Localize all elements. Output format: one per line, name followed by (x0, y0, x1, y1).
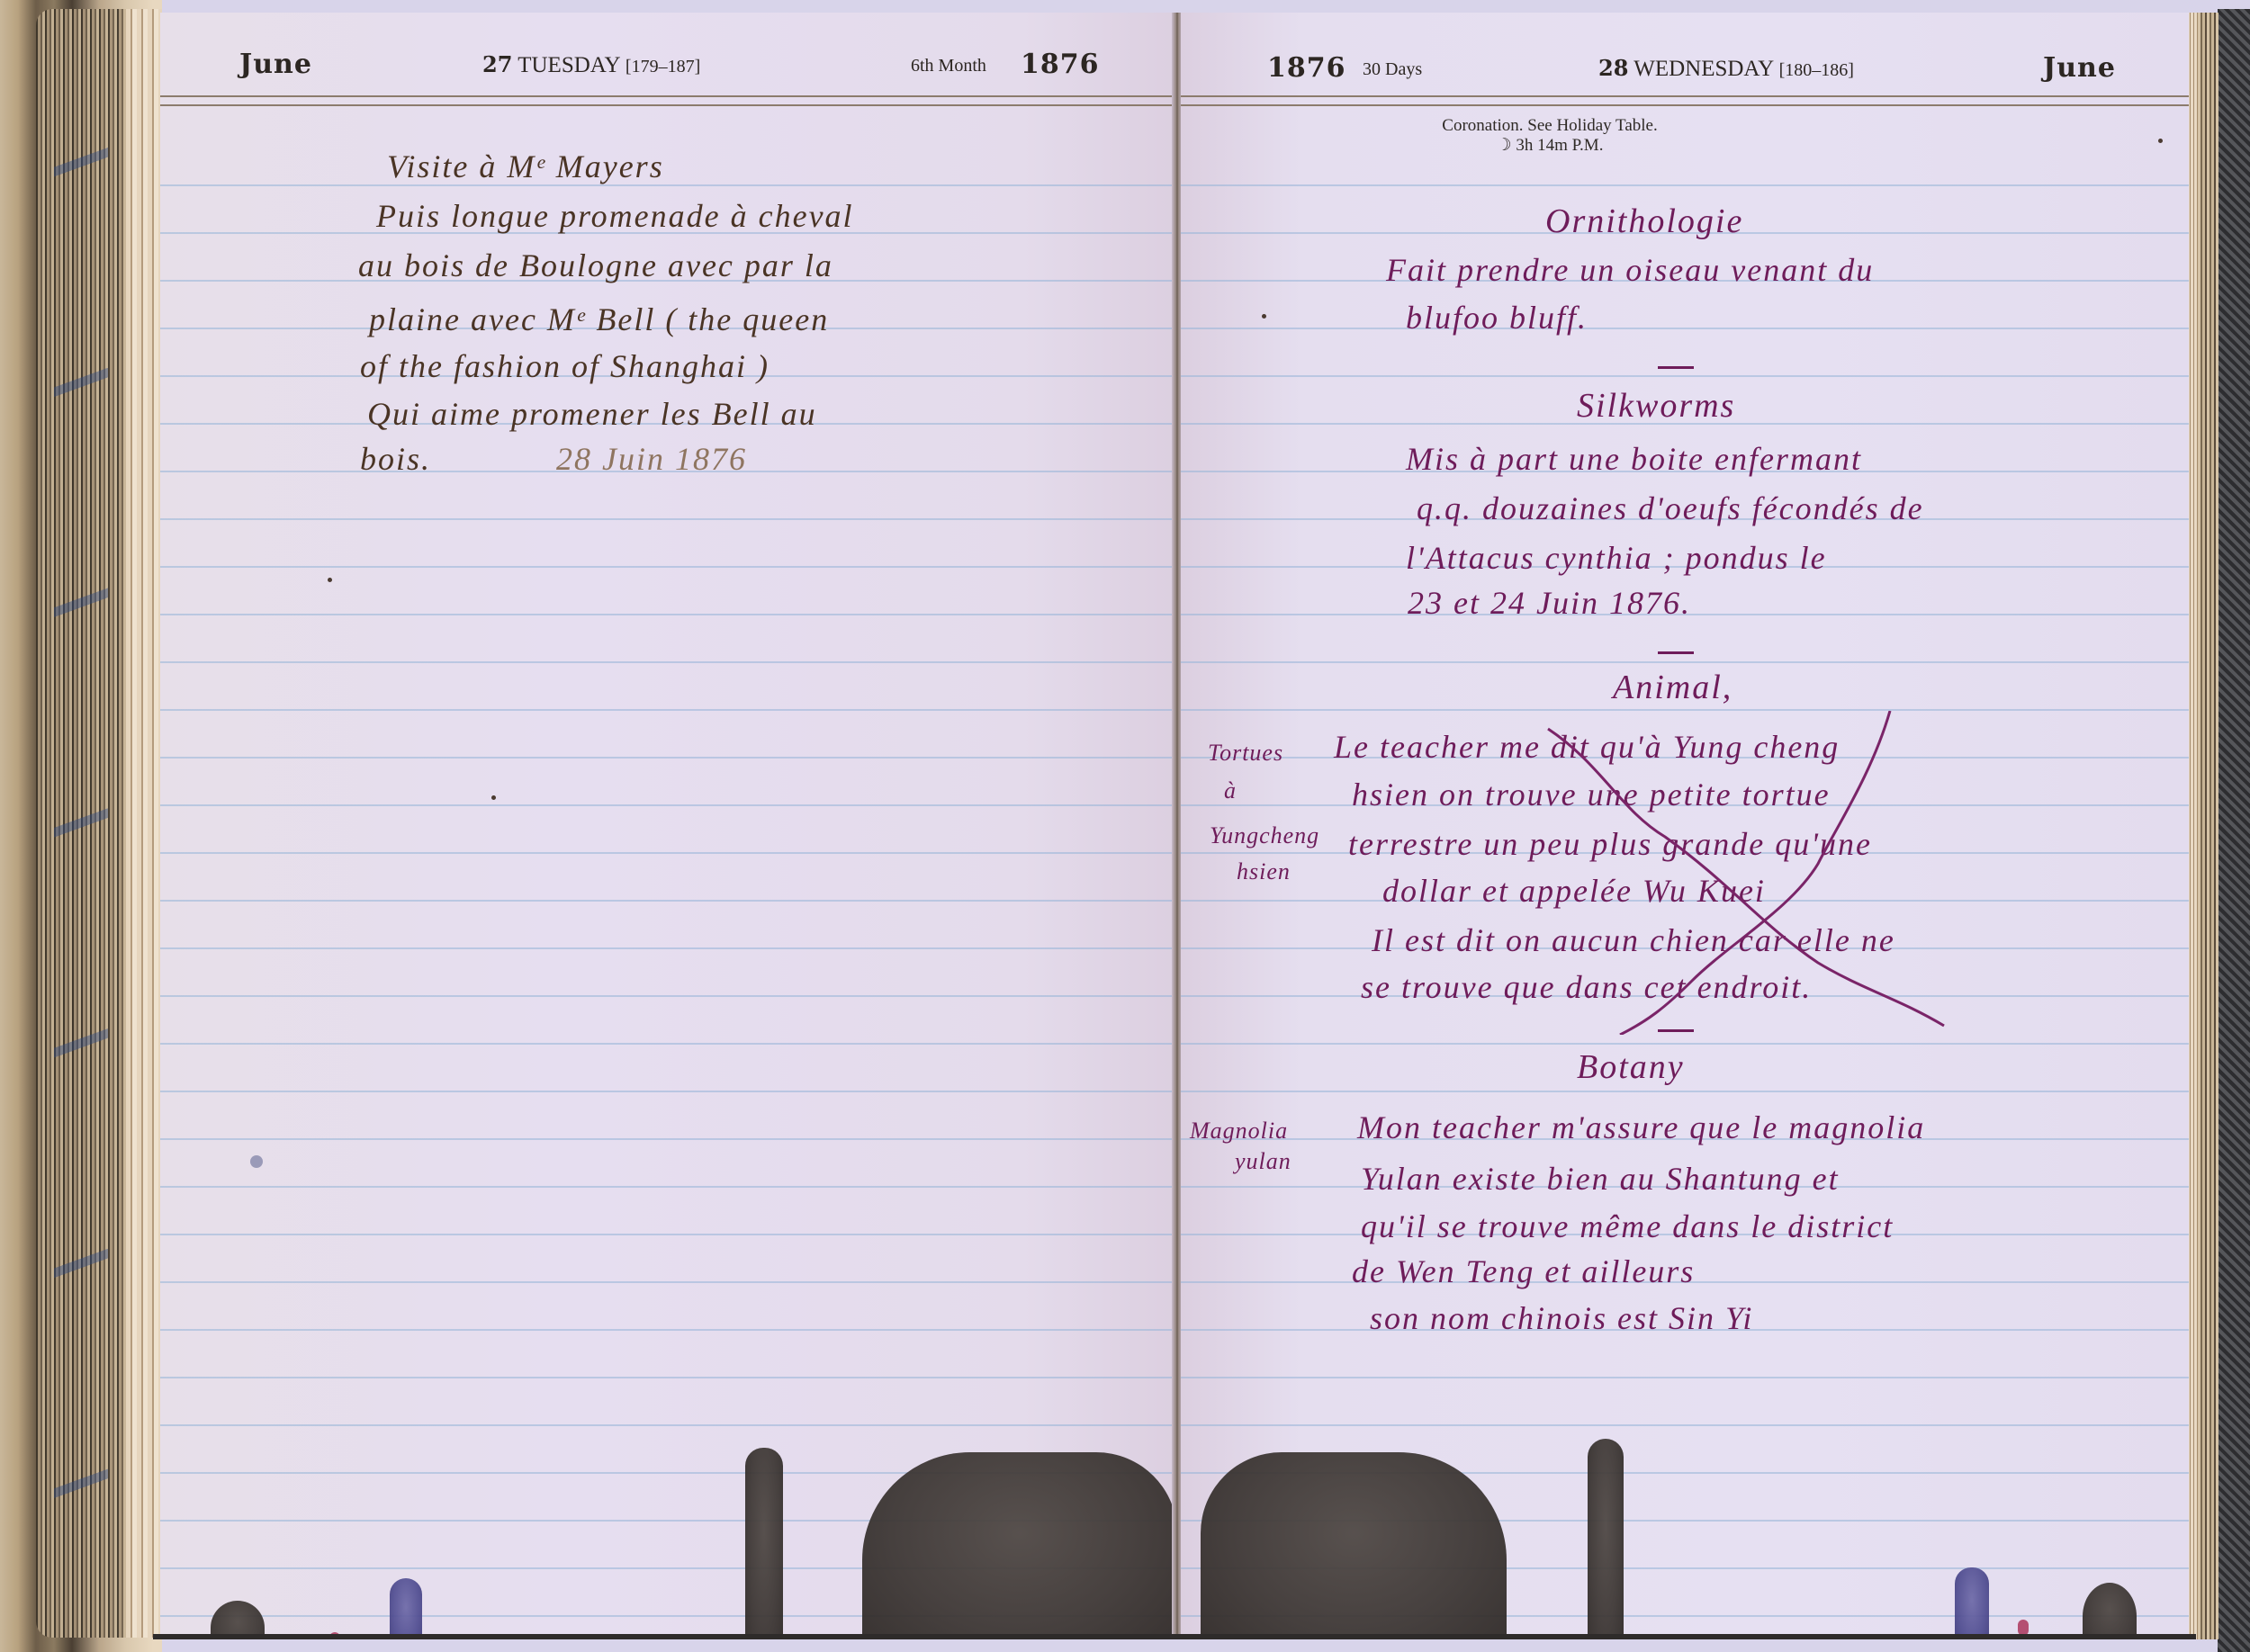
paper-stain (250, 1155, 263, 1168)
paper-speck (328, 578, 332, 582)
right-page: 1876 30 Days 28 WEDNESDAY [180–186] June… (1181, 13, 2189, 1638)
margin-note: Magnolia (1190, 1118, 1288, 1145)
header-month: June (2043, 52, 2116, 84)
entry-line: Mis à part une boite enfermant (1406, 440, 1862, 478)
entry-line: q.q. douzaines d'oeufs fécondés de (1417, 489, 1924, 527)
entry-line: de Wen Teng et ailleurs (1352, 1252, 1695, 1290)
header-month: June (239, 49, 312, 80)
ink-blot-blue (1955, 1567, 1989, 1638)
day-number: 27 (482, 51, 512, 77)
ink-blot (862, 1452, 1175, 1638)
month-label: 6th Month (911, 56, 986, 76)
right-cover-edge (2218, 9, 2250, 1652)
entry-line: Mon teacher m'assure que le magnolia (1357, 1109, 1925, 1146)
entry-line: 23 et 24 Juin 1876. (1408, 584, 1691, 622)
almanac-line: Coronation. See Holiday Table. (1181, 116, 2189, 136)
entry-line: Yulan existe bien au Shantung et (1361, 1160, 1840, 1198)
header-double-rule (160, 95, 1175, 106)
date-note: 28 Juin 1876 (556, 440, 747, 478)
section-heading: Ornithologie (1545, 202, 1743, 241)
days-in-month: 30 Days (1363, 59, 1422, 80)
entry-line: Fait prendre un oiseau venant du (1386, 251, 1874, 289)
header-double-rule (1181, 95, 2189, 106)
ink-blot (1201, 1452, 1507, 1638)
marbled-edge (54, 81, 108, 1521)
entry-line: bois. (360, 440, 431, 478)
entry-line: l'Attacus cynthia ; pondus le (1406, 539, 1827, 577)
day-name: TUESDAY (517, 53, 619, 77)
margin-note: hsien (1237, 858, 1291, 885)
entry-line: Puis longue promenade à cheval (376, 197, 854, 235)
entry-line: au bois de Boulogne avec par la (358, 247, 833, 284)
ink-blot (1588, 1439, 1624, 1638)
section-divider (1658, 651, 1694, 654)
left-page: June 27 TUESDAY [179–187] 6th Month 1876… (160, 13, 1175, 1638)
entry-line: Visite à Mᵉ Mayers (387, 148, 664, 185)
entry-line: hsien on trouve une petite tortue (1352, 776, 1831, 813)
day-count: [180–186] (1779, 60, 1854, 80)
day-count: [179–187] (625, 57, 700, 76)
section-divider (1658, 366, 1694, 369)
margin-note: yulan (1235, 1148, 1291, 1175)
entry-line: of the fashion of Shanghai ) (360, 347, 769, 385)
header-date: 27 TUESDAY [179–187] (482, 51, 700, 78)
entry-line: son nom chinois est Sin Yi (1370, 1299, 1753, 1337)
left-page-edges (126, 9, 162, 1638)
paper-speck (491, 795, 496, 800)
section-heading: Animal, (1613, 668, 1732, 707)
header-year: 1876 (1267, 52, 1346, 84)
paper-speck (2158, 139, 2163, 143)
moon-phase: ☽ 3h 14m P.M. (1181, 136, 2189, 156)
entry-line: plaine avec Mᵉ Bell ( the queen (369, 301, 829, 338)
header-year: 1876 (1021, 49, 1100, 80)
margin-note: Tortues (1208, 740, 1283, 767)
ink-blot (745, 1448, 783, 1638)
margin-note: à (1224, 777, 1237, 804)
section-divider (1658, 1029, 1694, 1032)
almanac-note: Coronation. See Holiday Table. ☽ 3h 14m … (1181, 116, 2189, 156)
margin-note: Yungcheng (1210, 822, 1319, 849)
section-heading: Silkworms (1577, 386, 1735, 426)
entry-line: se trouve que dans cet endroit. (1361, 968, 1812, 1006)
day-name: WEDNESDAY (1633, 57, 1773, 81)
entry-line: dollar et appelée Wu Kuei (1382, 872, 1766, 910)
entry-line: Le teacher me dit qu'à Yung cheng (1334, 728, 1840, 766)
day-number: 28 (1598, 55, 1628, 81)
diary-spread: June 27 TUESDAY [179–187] 6th Month 1876… (0, 0, 2250, 1652)
header-date: 28 WEDNESDAY [180–186] (1598, 55, 1854, 82)
entry-line: qu'il se trouve même dans le district (1361, 1208, 1894, 1245)
section-heading: Botany (1577, 1047, 1685, 1087)
ink-blot-blue (390, 1578, 422, 1638)
entry-line: terrestre un peu plus grande qu'une (1348, 825, 1872, 863)
entry-line: Qui aime promener les Bell au (367, 395, 817, 433)
bottom-page-edge (153, 1634, 2196, 1639)
entry-line: blufoo bluff. (1406, 299, 1588, 337)
paper-speck (1262, 314, 1266, 319)
entry-line: Il est dit on aucun chien car elle ne (1372, 921, 1895, 959)
